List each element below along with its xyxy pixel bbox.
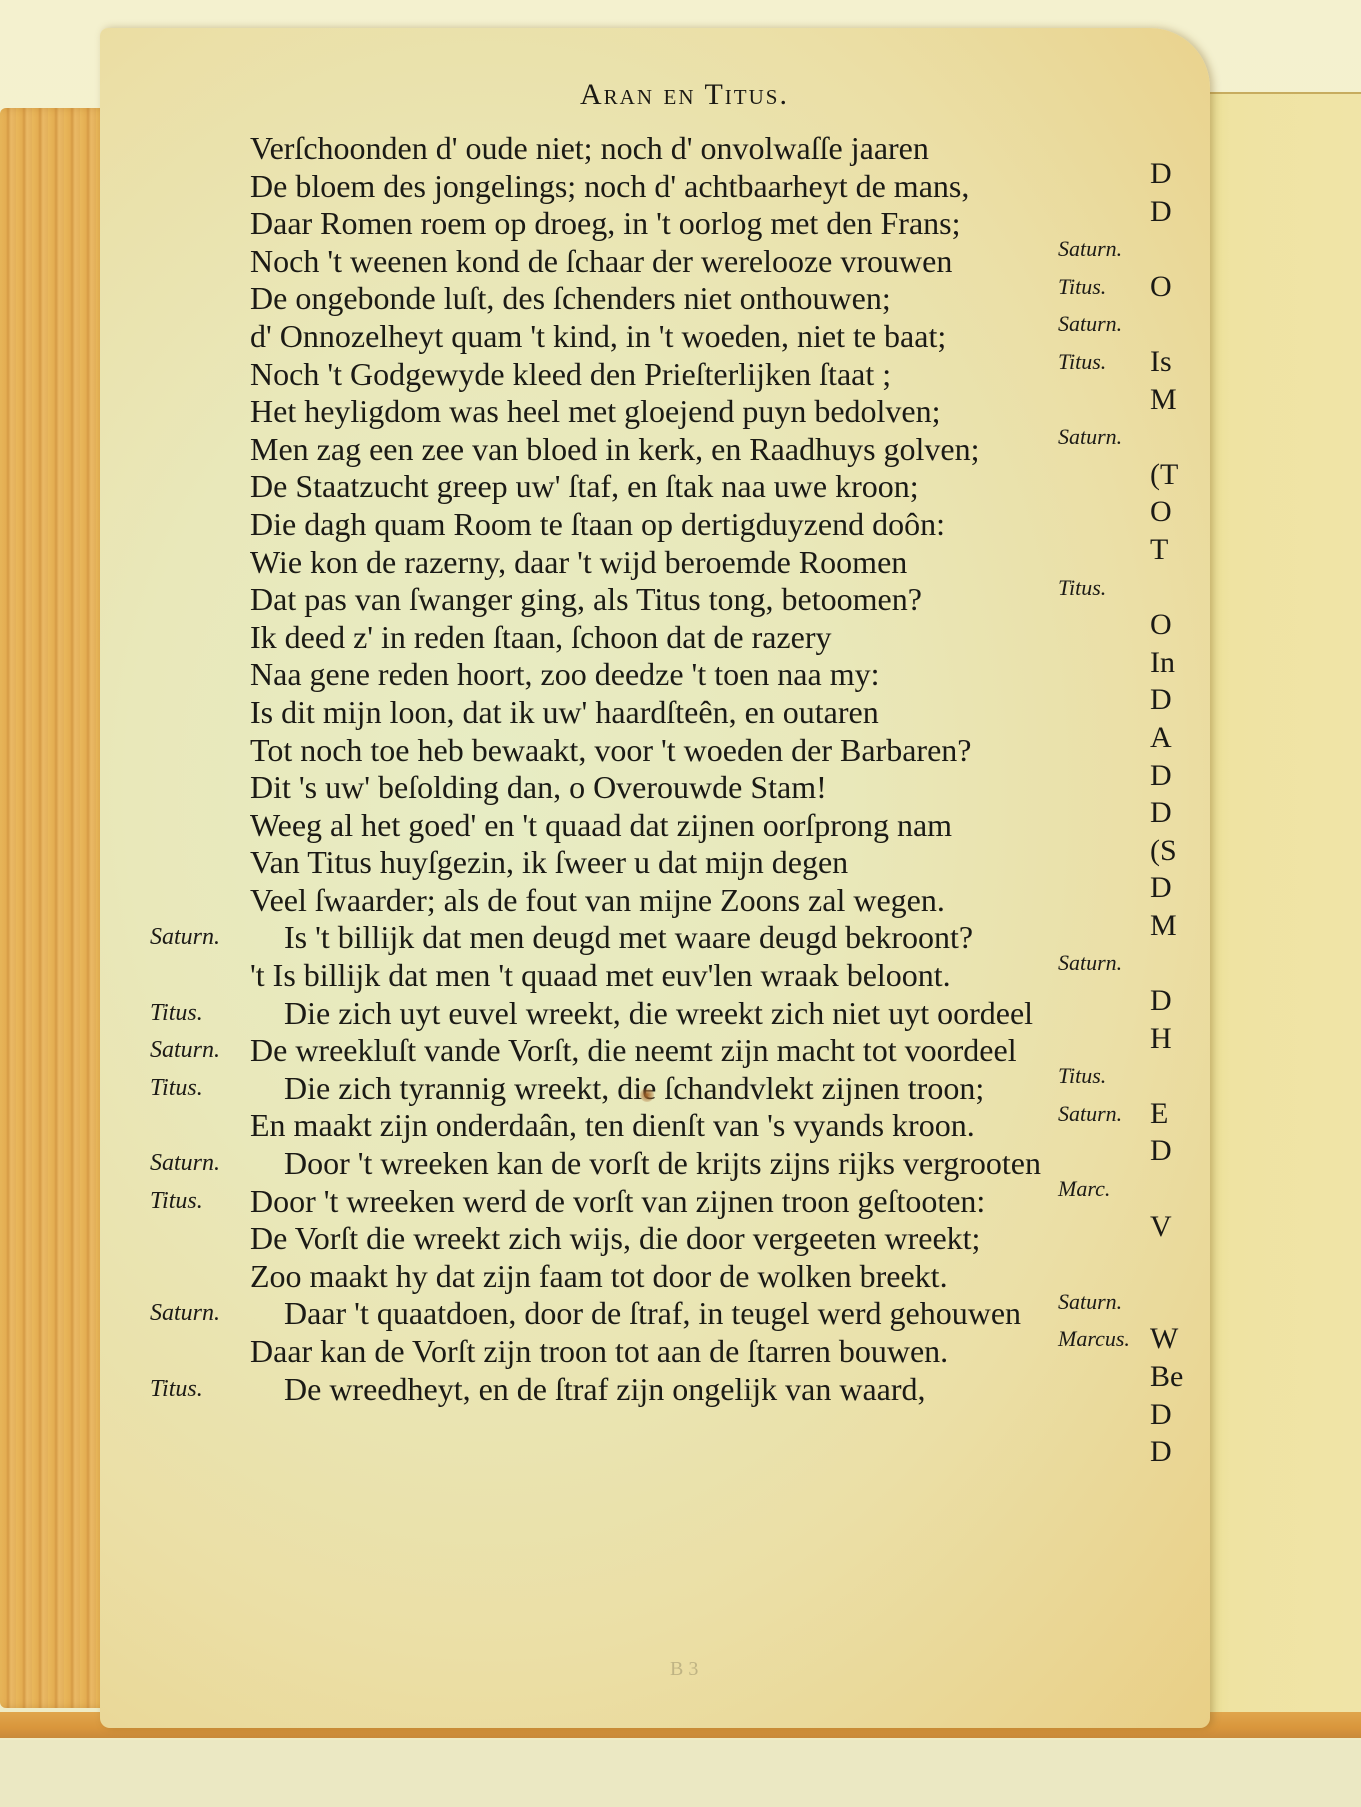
verse-line: Noch 't weenen kond de ſchaar der werelo… <box>250 243 1170 281</box>
facing-speaker-label: Titus. <box>1058 569 1158 607</box>
speaker-label: Titus. <box>150 1183 250 1221</box>
verse-text: De ongebonde luſt, des ſchenders niet on… <box>250 280 891 318</box>
facing-speaker-label: Marc. <box>1058 1170 1158 1208</box>
verse-text: Noch 't weenen kond de ſchaar der werelo… <box>250 243 952 281</box>
verse-text: De wreedheyt, en de ſtraf zijn ongelijk … <box>250 1371 926 1409</box>
facing-line-fragment: H <box>1150 1020 1172 1058</box>
facing-line-fragment: D <box>1150 155 1172 193</box>
speaker-label: Titus. <box>150 995 250 1033</box>
facing-speaker-label: Titus. <box>1058 1057 1158 1095</box>
verse-line: Daar Romen roem op droeg, in 't oorlog m… <box>250 205 1170 243</box>
verse-line: Zoo maakt hy dat zijn faam tot door de w… <box>250 1258 1170 1296</box>
facing-line-fragment: D <box>1150 1433 1172 1471</box>
verse-line: Dat pas van ſwanger ging, als Titus tong… <box>250 581 1170 619</box>
verse-line: De Staatzucht greep uw' ſtaf, en ſtak na… <box>250 468 1170 506</box>
verse-text: Zoo maakt hy dat zijn faam tot door de w… <box>250 1258 948 1296</box>
verse-line: Ik deed z' in reden ſtaan, ſchoon dat de… <box>250 619 1170 657</box>
facing-line-fragment: D <box>1150 869 1172 907</box>
facing-page <box>1195 92 1361 1729</box>
signature-mark: B 3 <box>670 1658 698 1681</box>
verse-text: Wie kon de razerny, daar 't wijd beroemd… <box>250 544 907 582</box>
verse-text: Naa gene reden hoort, zoo deedze 't toen… <box>250 656 879 694</box>
verse-text: En maakt zijn onderdaân, ten dienſt van … <box>250 1107 975 1145</box>
facing-speaker-label: Saturn. <box>1058 230 1158 268</box>
facing-line-fragment: D <box>1150 193 1172 231</box>
facing-speaker-label: Marcus. <box>1058 1320 1158 1358</box>
facing-speaker-label: Titus. <box>1058 268 1158 306</box>
facing-line-fragment: M <box>1150 907 1177 945</box>
verse-line: Saturn.Daar 't quaatdoen, door de ſtraf,… <box>250 1295 1170 1333</box>
facing-line-fragment: D <box>1150 794 1172 832</box>
verse-line: Tot noch toe heb bewaakt, voor 't woeden… <box>250 732 1170 770</box>
verse-line: De ongebonde luſt, des ſchenders niet on… <box>250 280 1170 318</box>
verse-text: De Staatzucht greep uw' ſtaf, en ſtak na… <box>250 468 919 506</box>
facing-line-fragment: In <box>1150 644 1175 682</box>
facing-line-fragment: D <box>1150 757 1172 795</box>
facing-speaker-label: Titus. <box>1058 343 1158 381</box>
verse-line: Van Titus huyſgezin, ik ſweer u dat mijn… <box>250 844 1170 882</box>
verse-line: Saturn.Is 't billijk dat men deugd met w… <box>250 919 1170 957</box>
verse-text: Van Titus huyſgezin, ik ſweer u dat mijn… <box>250 844 848 882</box>
verse-line: De Vorſt die wreekt zich wijs, die door … <box>250 1220 1170 1258</box>
verse-text: Ik deed z' in reden ſtaan, ſchoon dat de… <box>250 619 831 657</box>
ink-stain <box>640 1088 654 1102</box>
table-surface <box>0 1740 1361 1807</box>
facing-line-fragment: D <box>1150 1396 1172 1434</box>
speaker-label: Saturn. <box>150 1032 250 1070</box>
facing-speaker-label: Saturn. <box>1058 1283 1158 1321</box>
verse-text: Die zich uyt euvel wreekt, die wreekt zi… <box>250 995 1033 1033</box>
verse-text: Dit 's uw' beſolding dan, o Overouwde St… <box>250 769 827 807</box>
facing-line-fragment: D <box>1150 982 1172 1020</box>
verse-text: Die zich tyrannig wreekt, die ſchandvlek… <box>250 1070 984 1108</box>
facing-line-fragment: A <box>1150 719 1172 757</box>
verse-line: Men zag een zee van bloed in kerk, en Ra… <box>250 431 1170 469</box>
verse-text: Die dagh quam Room te ſtaan op dertigduy… <box>250 506 945 544</box>
facing-line-fragment: Is <box>1150 343 1172 381</box>
verse-line: En maakt zijn onderdaân, ten dienſt van … <box>250 1107 1170 1145</box>
facing-line-fragment: T <box>1150 531 1168 569</box>
facing-speaker-label: Saturn. <box>1058 944 1158 982</box>
verse-text: Door 't wreeken kan de vorſt de krijts z… <box>250 1145 1041 1183</box>
facing-line-fragment: Be <box>1150 1358 1183 1396</box>
verse-text: Is 't billijk dat men deugd met waare de… <box>250 919 973 957</box>
verse-line: Titus.Die zich tyrannig wreekt, die ſcha… <box>250 1070 1170 1108</box>
speaker-label: Saturn. <box>150 1145 250 1183</box>
facing-speaker-label: Saturn. <box>1058 305 1158 343</box>
facing-line-fragment: O <box>1150 493 1172 531</box>
verse-line: Saturn.Door 't wreeken kan de vorſt de k… <box>250 1145 1170 1183</box>
verse-line: De bloem des jongelings; noch d' achtbaa… <box>250 168 1170 206</box>
facing-line-fragment: E <box>1150 1095 1168 1133</box>
verse-text: d' Onnozelheyt quam 't kind, in 't woede… <box>250 318 946 356</box>
speaker-label: Saturn. <box>150 919 250 957</box>
facing-line-fragment: D <box>1150 681 1172 719</box>
facing-line-fragment: M <box>1150 381 1177 419</box>
verse-text: Men zag een zee van bloed in kerk, en Ra… <box>250 431 980 469</box>
speaker-label: Titus. <box>150 1070 250 1108</box>
facing-line-fragment: D <box>1150 1132 1172 1170</box>
speaker-label: Saturn. <box>150 1295 250 1333</box>
verse-block: Verſchoonden d' oude niet; noch d' onvol… <box>250 130 1170 1408</box>
verse-line: 't Is billijk dat men 't quaad met euv'l… <box>250 957 1170 995</box>
verse-text: Dat pas van ſwanger ging, als Titus tong… <box>250 581 922 619</box>
facing-line-fragment: O <box>1150 606 1172 644</box>
verse-text: De Vorſt die wreekt zich wijs, die door … <box>250 1220 980 1258</box>
speaker-label: Titus. <box>150 1371 250 1409</box>
verse-line: Weeg al het goed' en 't quaad dat zijnen… <box>250 807 1170 845</box>
verse-line: Die dagh quam Room te ſtaan op dertigduy… <box>250 506 1170 544</box>
facing-line-fragment: O <box>1150 268 1172 306</box>
left-page: Aran en Titus. Verſchoonden d' oude niet… <box>100 28 1210 1728</box>
verse-text: Het heyligdom was heel met gloejend puyn… <box>250 393 941 431</box>
verse-text: Verſchoonden d' oude niet; noch d' onvol… <box>250 130 929 168</box>
verse-text: Weeg al het goed' en 't quaad dat zijnen… <box>250 807 952 845</box>
verse-text: Daar 't quaatdoen, door de ſtraf, in teu… <box>250 1295 1021 1333</box>
verse-text: Daar kan de Vorſt zijn troon tot aan de … <box>250 1333 948 1371</box>
verse-text: De wreekluſt vande Vorſt, die neemt zijn… <box>250 1032 1017 1070</box>
verse-text: Door 't wreeken werd de vorſt van zijnen… <box>250 1183 985 1221</box>
verse-line: Daar kan de Vorſt zijn troon tot aan de … <box>250 1333 1170 1371</box>
verse-text: Is dit mijn loon, dat ik uw' haardſteên,… <box>250 694 879 732</box>
facing-speaker-label: Saturn. <box>1058 1095 1158 1133</box>
verse-text: Daar Romen roem op droeg, in 't oorlog m… <box>250 205 961 243</box>
verse-line: Titus.Die zich uyt euvel wreekt, die wre… <box>250 995 1170 1033</box>
verse-line: Is dit mijn loon, dat ik uw' haardſteên,… <box>250 694 1170 732</box>
verse-line: Verſchoonden d' oude niet; noch d' onvol… <box>250 130 1170 168</box>
verse-line: Wie kon de razerny, daar 't wijd beroemd… <box>250 544 1170 582</box>
verse-text: 't Is billijk dat men 't quaad met euv'l… <box>250 957 951 995</box>
verse-line: Titus.Door 't wreeken werd de vorſt van … <box>250 1183 1170 1221</box>
verse-line: Saturn.De wreekluſt vande Vorſt, die nee… <box>250 1032 1170 1070</box>
verse-text: De bloem des jongelings; noch d' achtbaa… <box>250 168 969 206</box>
facing-speaker-label: Saturn. <box>1058 418 1158 456</box>
verse-text: Noch 't Godgewyde kleed den Prieſterlijk… <box>250 356 891 394</box>
verse-line: Het heyligdom was heel met gloejend puyn… <box>250 393 1170 431</box>
facing-line-fragment: V <box>1150 1208 1172 1246</box>
verse-line: Dit 's uw' beſolding dan, o Overouwde St… <box>250 769 1170 807</box>
verse-line: Noch 't Godgewyde kleed den Prieſterlijk… <box>250 356 1170 394</box>
running-head: Aran en Titus. <box>580 78 789 112</box>
verse-line: Veel ſwaarder; als de fout van mijne Zoo… <box>250 882 1170 920</box>
verse-line: Titus.De wreedheyt, en de ſtraf zijn ong… <box>250 1371 1170 1409</box>
facing-line-fragment: (T <box>1150 456 1178 494</box>
verse-line: d' Onnozelheyt quam 't kind, in 't woede… <box>250 318 1170 356</box>
facing-line-fragment: (S <box>1150 832 1177 870</box>
verse-text: Tot noch toe heb bewaakt, voor 't woeden… <box>250 732 971 770</box>
facing-line-fragment: W <box>1150 1320 1178 1358</box>
verse-line: Naa gene reden hoort, zoo deedze 't toen… <box>250 656 1170 694</box>
verse-text: Veel ſwaarder; als de fout van mijne Zoo… <box>250 882 945 920</box>
